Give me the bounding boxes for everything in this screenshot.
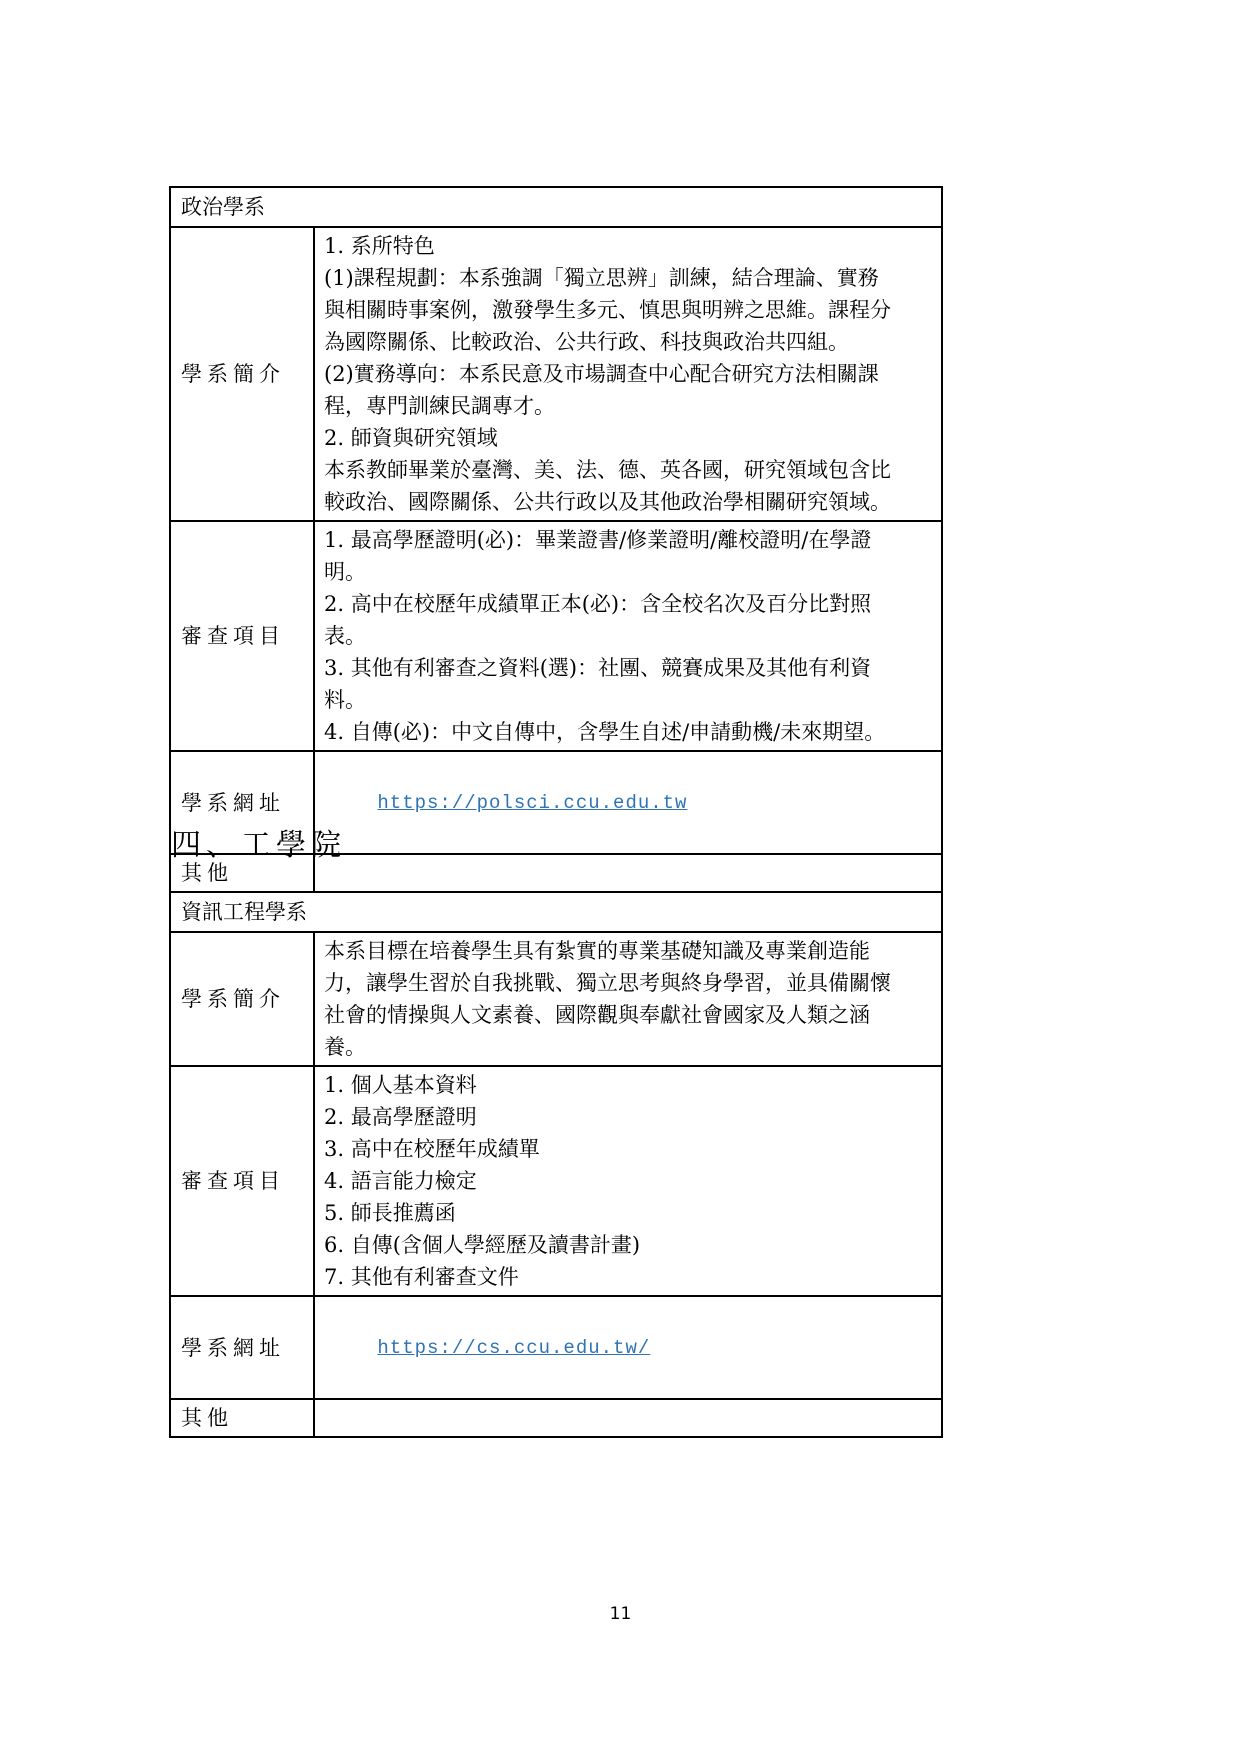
intro-content: 1. 系所特色 (1)課程規劃：本系強調「獨立思辨」訓練，結合理論、實務 與相關… [314,227,942,521]
website-cell: https://cs.ccu.edu.tw/ [314,1296,942,1399]
department-table-polsci: 政治學系 學系簡介 1. 系所特色 (1)課程規劃：本系強調「獨立思辨」訓練，結… [169,186,943,893]
review-label: 審查項目 [170,1066,314,1296]
website-cell: https://polsci.ccu.edu.tw [314,751,942,854]
website-url-link[interactable]: https://cs.ccu.edu.tw/ [377,1337,650,1359]
document-page: 政治學系 學系簡介 1. 系所特色 (1)課程規劃：本系強調「獨立思辨」訓練，結… [0,0,1241,1755]
department-table-cs: 資訊工程學系 學系簡介 本系目標在培養學生具有紮實的專業基礎知識及專業創造能 力… [169,891,943,1438]
review-content: 1. 最高學歷證明(必)：畢業證書/修業證明/離校證明/在學證 明。 2. 高中… [314,521,942,751]
table-title: 政治學系 [170,187,942,227]
review-content: 1. 個人基本資料 2. 最高學歷證明 3. 高中在校歷年成績單 4. 語言能力… [314,1066,942,1296]
website-label: 學系網址 [170,1296,314,1399]
other-label: 其他 [170,1399,314,1437]
page-number: 11 [0,1604,1241,1624]
intro-label: 學系簡介 [170,932,314,1066]
other-content [314,854,942,892]
intro-content: 本系目標在培養學生具有紮實的專業基礎知識及專業創造能 力，讓學生習於自我挑戰、獨… [314,932,942,1066]
table-title: 資訊工程學系 [170,892,942,932]
review-label: 審查項目 [170,521,314,751]
other-content [314,1399,942,1437]
website-url-link[interactable]: https://polsci.ccu.edu.tw [377,792,687,814]
intro-label: 學系簡介 [170,227,314,521]
section-heading: 四、工學院 [171,826,346,866]
